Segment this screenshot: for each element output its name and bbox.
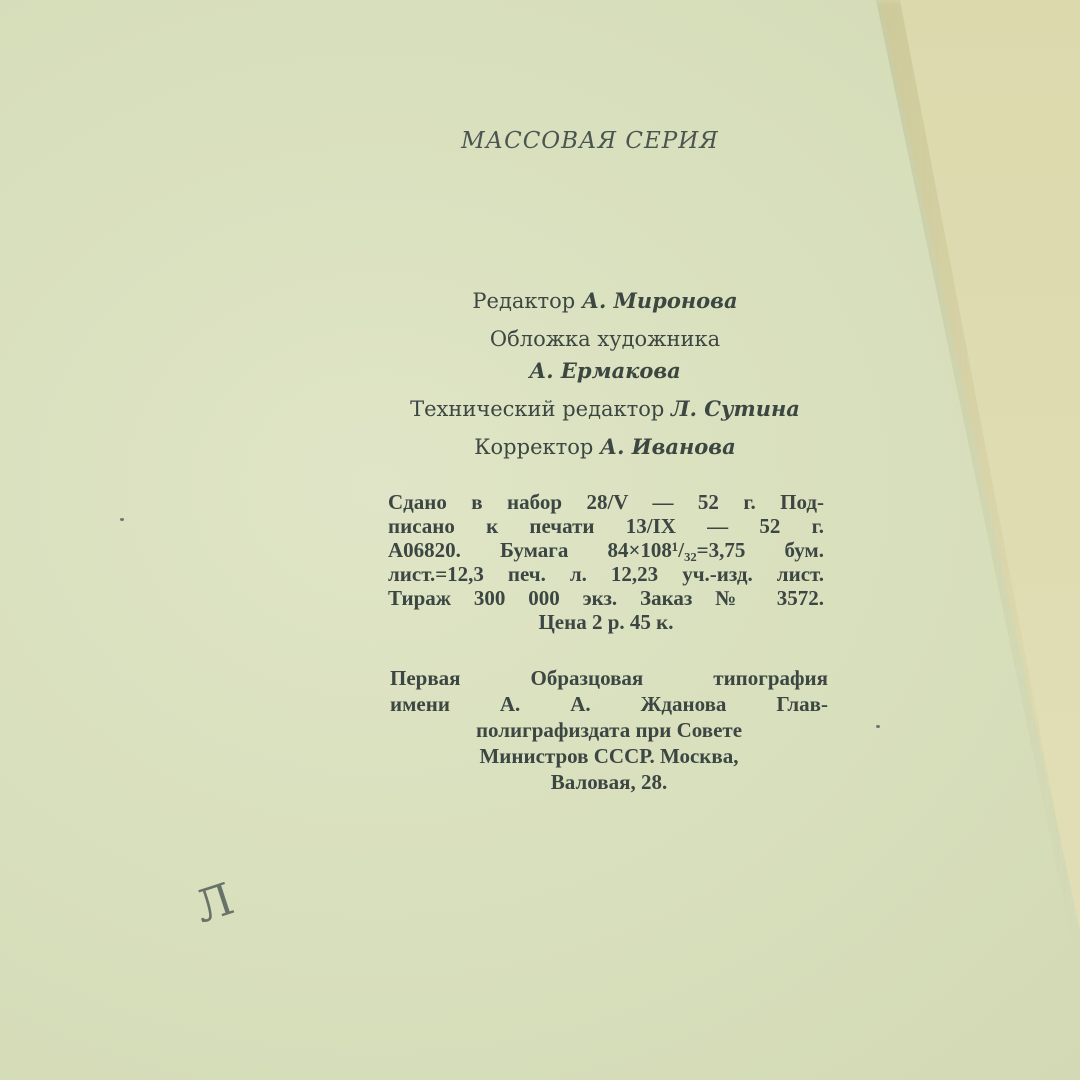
printer-line: Первая Образцовая типография	[390, 665, 828, 691]
imprint-line: Тираж 300 000 экз. Заказ № 3572.	[388, 586, 824, 610]
credit-name: Л. Сутина	[671, 396, 800, 421]
credit-role: Редактор	[472, 289, 575, 313]
imprint-line: А06820. Бумага 84×108¹/₃₂=3,75 бум.	[388, 538, 824, 562]
printer-line: Министров СССР. Москва,	[390, 743, 828, 769]
credit-proofreader: Корректор А. Иванова	[380, 428, 830, 466]
imprint-block: Сдано в набор 28/V — 52 г. Под- писано к…	[388, 490, 824, 634]
imprint-line: писано к печати 13/IX — 52 г.	[388, 514, 824, 538]
credit-role: Технический редактор	[410, 397, 664, 421]
ink-speck	[876, 725, 880, 728]
credit-tech-editor: Технический редактор Л. Сутина	[380, 390, 830, 428]
ink-speck	[120, 518, 124, 521]
imprint-line: лист.=12,3 печ. л. 12,23 уч.-изд. лист.	[388, 562, 824, 586]
credit-name: А. Миронова	[582, 288, 738, 313]
price-line: Цена 2 р. 45 к.	[388, 610, 824, 634]
printer-block: Первая Образцовая типография имени А. А.…	[390, 665, 828, 795]
credit-editor: Редактор А. Миронова	[380, 282, 830, 320]
printer-line: полиграфиздата при Совете	[390, 717, 828, 743]
series-title: МАССОВАЯ СЕРИЯ	[440, 128, 740, 154]
printer-line: имени А. А. Жданова Глав-	[390, 691, 828, 717]
printer-line: Валовая, 28.	[390, 769, 828, 795]
credit-cover-artist-name: А. Ермакова	[380, 352, 830, 390]
credits-block: Редактор А. Миронова Обложка художника А…	[380, 282, 830, 466]
credit-role: Корректор	[474, 435, 593, 459]
credit-name: А. Иванова	[600, 434, 736, 459]
imprint-line: Сдано в набор 28/V — 52 г. Под-	[388, 490, 824, 514]
